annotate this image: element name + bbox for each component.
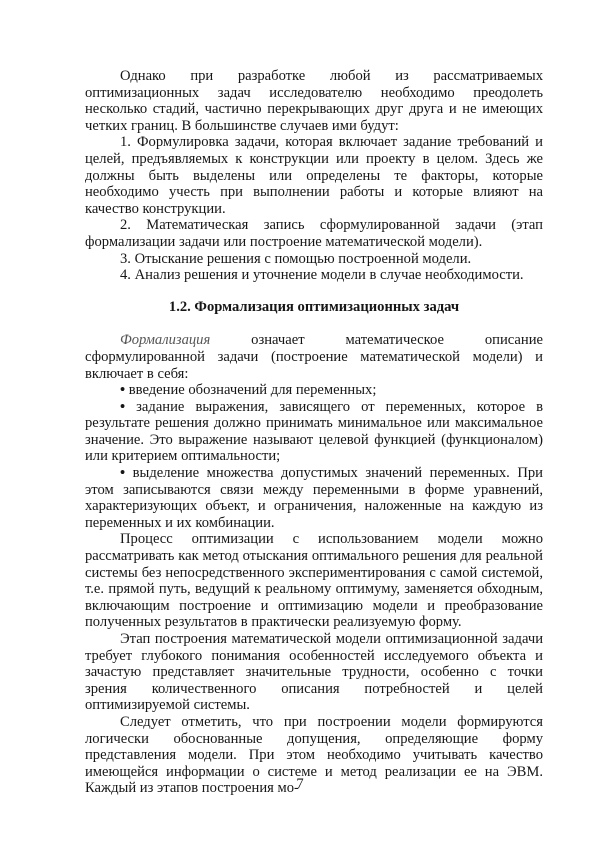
bullet-text: введение обозначений для переменных; [125,382,376,398]
formalization-term: Формализация [120,332,210,348]
stage-item-1: 1. Формулировка задачи, которая включает… [85,134,543,217]
body-paragraph-1: Процесс оптимизации с использованием мод… [85,531,543,631]
formalization-paragraph: Формализация означает математическое опи… [85,332,543,382]
stage-item-3: 3. Отыскание решения с помощью построенн… [85,251,543,268]
bullet-text: выделение множества допустимых значений … [85,465,543,531]
intro-paragraph: Однако при разработке любой из рассматри… [85,68,543,134]
stage-item-2: 2. Математическая запись сформулированно… [85,217,543,250]
bullet-text: задание выражения, зависящего от перемен… [85,399,543,465]
bullet-item-1: • введение обозначений для переменных; [85,382,543,399]
page-number: 7 [0,776,600,793]
bullet-item-2: • задание выражения, зависящего от перем… [85,399,543,465]
document-page: Однако при разработке любой из рассматри… [85,68,543,797]
bullet-item-3: • выделение множества допустимых значени… [85,465,543,531]
stage-item-4: 4. Анализ решения и уточнение модели в с… [85,267,543,284]
section-heading: 1.2. Формализация оптимизационных задач [85,299,543,316]
body-paragraph-2: Этап построения математической модели оп… [85,631,543,714]
